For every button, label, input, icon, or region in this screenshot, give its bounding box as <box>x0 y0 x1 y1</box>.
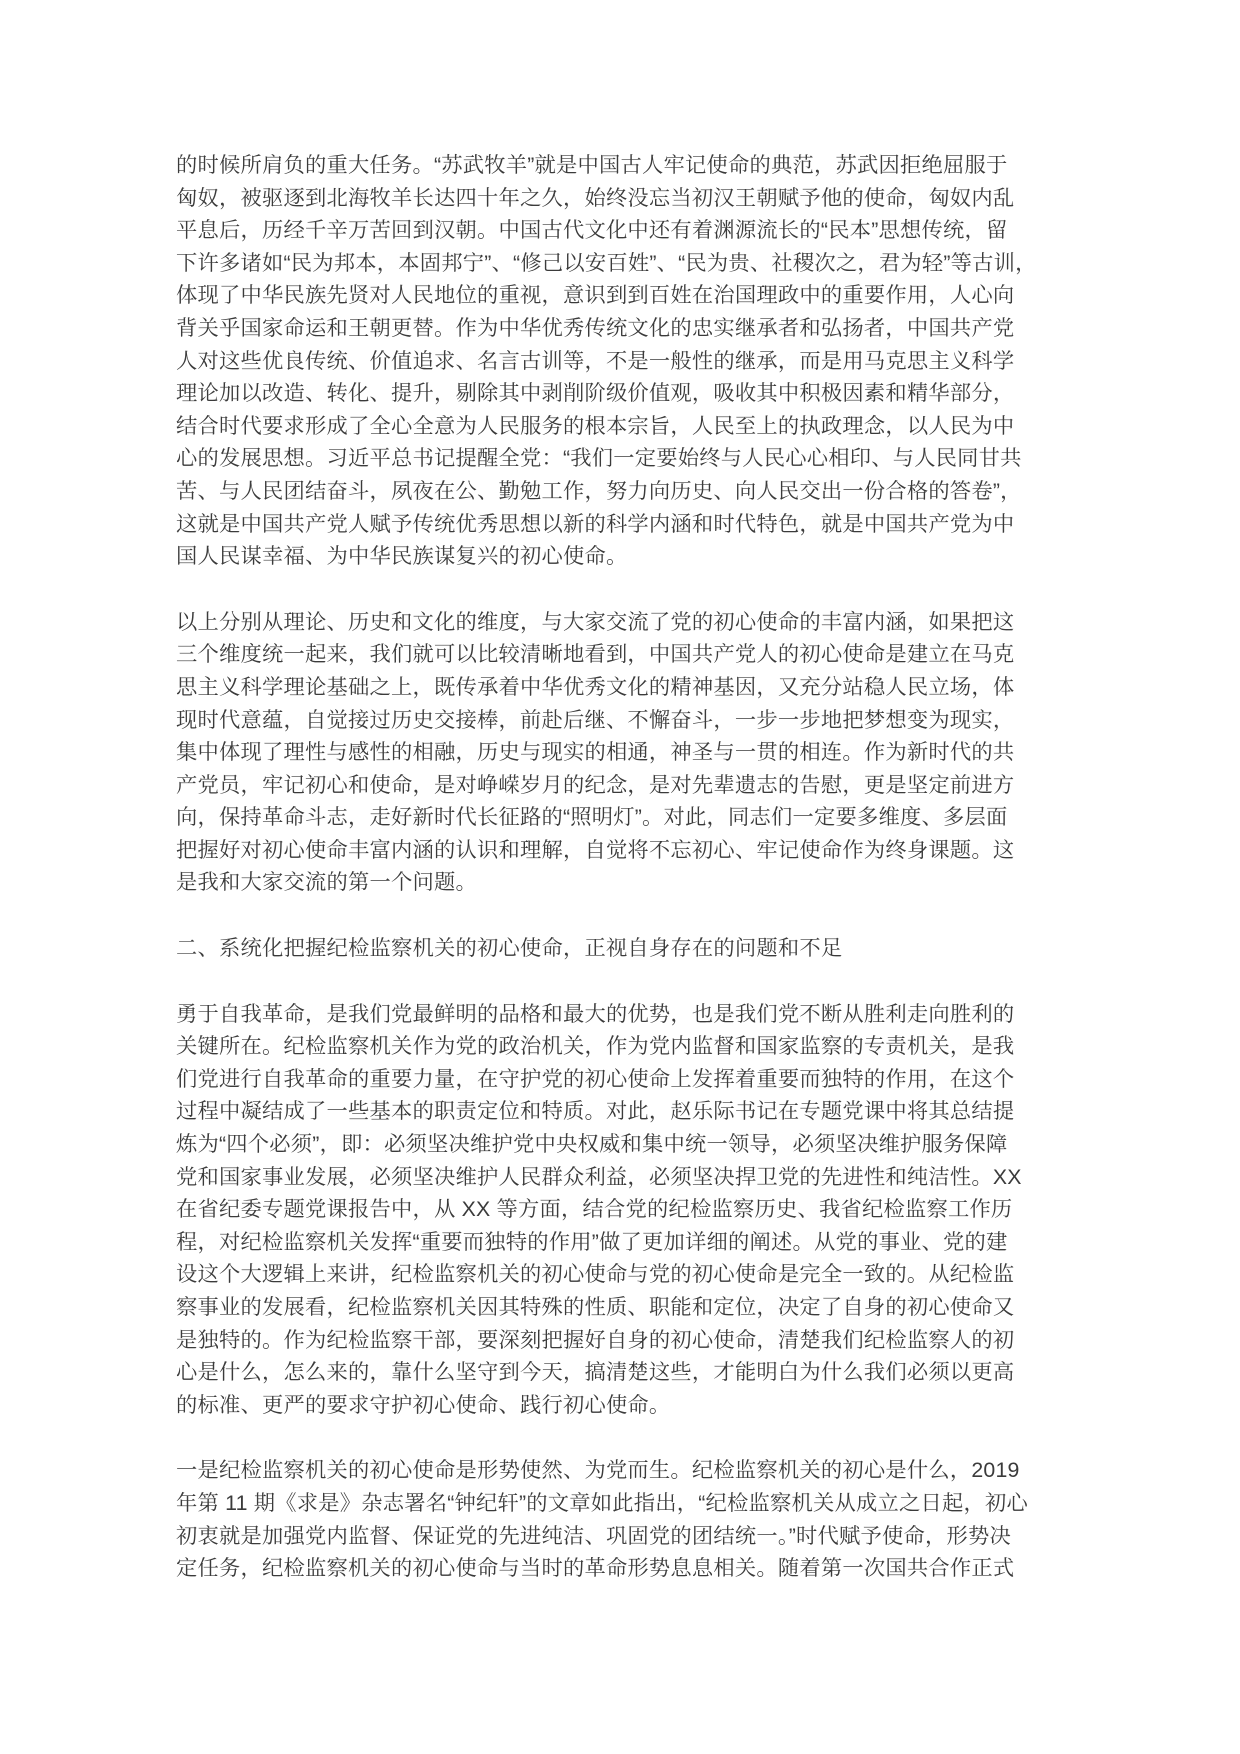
document-content: 的时候所肩负的重大任务。“苏武牧羊”就是中国古人牢记使命的典范，苏武因拒绝屈服于… <box>176 149 1076 1585</box>
text-line: 结合时代要求形成了全心全意为人民服务的根本宗旨，人民至上的执政理念，以人民为中 <box>176 410 1076 443</box>
document-page: 的时候所肩负的重大任务。“苏武牧羊”就是中国古人牢记使命的典范，苏武因拒绝屈服于… <box>0 0 1240 1754</box>
text-line: 心的发展思想。习近平总书记提醒全党：“我们一定要始终与人民心心相印、与人民同甘共 <box>176 442 1076 475</box>
text-line: 把握好对初心使命丰富内涵的认识和理解，自觉将不忘初心、牢记使命作为终身课题。这 <box>176 834 1076 867</box>
text-line: 察事业的发展看，纪检监察机关因其特殊的性质、职能和定位，决定了自身的初心使命又 <box>176 1291 1076 1324</box>
text-line: 年第 11 期《求是》杂志署名“钟纪轩”的文章如此指出，“纪检监察机关从成立之日… <box>176 1487 1076 1520</box>
text-line: 炼为“四个必须”，即：必须坚决维护党中央权威和集中统一领导，必须坚决维护服务保障 <box>176 1128 1076 1161</box>
text-line: 国人民谋幸福、为中华民族谋复兴的初心使命。 <box>176 540 1076 573</box>
text-line: 的时候所肩负的重大任务。“苏武牧羊”就是中国古人牢记使命的典范，苏武因拒绝屈服于 <box>176 149 1076 182</box>
text-line: 人对这些优良传统、价值追求、名言古训等，不是一般性的继承，而是用马克思主义科学 <box>176 345 1076 378</box>
text-line: 平息后，历经千辛万苦回到汉朝。中国古代文化中还有着渊源流长的“民本”思想传统，留 <box>176 214 1076 247</box>
text-line: 思主义科学理论基础之上，既传承着中华优秀文化的精神基因，又充分站稳人民立场，体 <box>176 671 1076 704</box>
body-paragraph: 勇于自我革命，是我们党最鲜明的品格和最大的优势，也是我们党不断从胜利走向胜利的关… <box>176 998 1076 1422</box>
text-line: 程，对纪检监察机关发挥“重要而独特的作用”做了更加详细的阐述。从党的事业、党的建 <box>176 1226 1076 1259</box>
text-line: 产党员，牢记初心和使命，是对峥嵘岁月的纪念，是对先辈遗志的告慰，更是坚定前进方 <box>176 769 1076 802</box>
text-line: 三个维度统一起来，我们就可以比较清晰地看到，中国共产党人的初心使命是建立在马克 <box>176 638 1076 671</box>
text-line: 在省纪委专题党课报告中，从 XX 等方面，结合党的纪检监察历史、我省纪检监察工作… <box>176 1193 1076 1226</box>
text-line: 勇于自我革命，是我们党最鲜明的品格和最大的优势，也是我们党不断从胜利走向胜利的 <box>176 998 1076 1031</box>
text-line: 二、系统化把握纪检监察机关的初心使命，正视自身存在的问题和不足 <box>176 932 1076 965</box>
text-line: 设这个大逻辑上来讲，纪检监察机关的初心使命与党的初心使命是完全一致的。从纪检监 <box>176 1258 1076 1291</box>
text-line: 初衷就是加强党内监督、保证党的先进纯洁、巩固党的团结统一。”时代赋予使命，形势决 <box>176 1520 1076 1553</box>
text-line: 们党进行自我革命的重要力量，在守护党的初心使命上发挥着重要而独特的作用，在这个 <box>176 1063 1076 1096</box>
text-line: 关键所在。纪检监察机关作为党的政治机关，作为党内监督和国家监察的专责机关，是我 <box>176 1030 1076 1063</box>
text-line: 下许多诸如“民为邦本，本固邦宁”、“修己以安百姓”、“民为贵、社稷次之，君为轻”… <box>176 247 1076 280</box>
text-line: 党和国家事业发展，必须坚决维护人民群众利益，必须坚决捍卫党的先进性和纯洁性。XX <box>176 1161 1076 1194</box>
text-line: 以上分别从理论、历史和文化的维度，与大家交流了党的初心使命的丰富内涵，如果把这 <box>176 606 1076 639</box>
text-line: 现时代意蕴，自觉接过历史交接棒，前赴后继、不懈奋斗，一步一步地把梦想变为现实， <box>176 704 1076 737</box>
text-line: 这就是中国共产党人赋予传统优秀思想以新的科学内涵和时代特色，就是中国共产党为中 <box>176 508 1076 541</box>
text-line: 向，保持革命斗志，走好新时代长征路的“照明灯”。对此，同志们一定要多维度、多层面 <box>176 801 1076 834</box>
text-line: 集中体现了理性与感性的相融，历史与现实的相通，神圣与一贯的相连。作为新时代的共 <box>176 736 1076 769</box>
text-line: 背关乎国家命运和王朝更替。作为中华优秀传统文化的忠实继承者和弘扬者，中国共产党 <box>176 312 1076 345</box>
text-line: 匈奴，被驱逐到北海牧羊长达四十年之久，始终没忘当初汉王朝赋予他的使命，匈奴内乱 <box>176 182 1076 215</box>
text-line: 定任务，纪检监察机关的初心使命与当时的革命形势息息相关。随着第一次国共合作正式 <box>176 1552 1076 1585</box>
section-heading: 二、系统化把握纪检监察机关的初心使命，正视自身存在的问题和不足 <box>176 932 1076 965</box>
text-line: 苦、与人民团结奋斗，夙夜在公、勤勉工作，努力向历史、向人民交出一份合格的答卷”， <box>176 475 1076 508</box>
body-paragraph: 以上分别从理论、历史和文化的维度，与大家交流了党的初心使命的丰富内涵，如果把这三… <box>176 606 1076 899</box>
text-line: 心是什么，怎么来的，靠什么坚守到今天，搞清楚这些，才能明白为什么我们必须以更高 <box>176 1356 1076 1389</box>
text-line: 是我和大家交流的第一个问题。 <box>176 866 1076 899</box>
text-line: 一是纪检监察机关的初心使命是形势使然、为党而生。纪检监察机关的初心是什么，201… <box>176 1454 1076 1487</box>
text-line: 理论加以改造、转化、提升，剔除其中剥削阶级价值观，吸收其中积极因素和精华部分， <box>176 377 1076 410</box>
text-line: 体现了中华民族先贤对人民地位的重视，意识到到百姓在治国理政中的重要作用，人心向 <box>176 279 1076 312</box>
text-line: 是独特的。作为纪检监察干部，要深刻把握好自身的初心使命，清楚我们纪检监察人的初 <box>176 1324 1076 1357</box>
text-line: 过程中凝结成了一些基本的职责定位和特质。对此，赵乐际书记在专题党课中将其总结提 <box>176 1095 1076 1128</box>
body-paragraph: 一是纪检监察机关的初心使命是形势使然、为党而生。纪检监察机关的初心是什么，201… <box>176 1454 1076 1584</box>
body-paragraph: 的时候所肩负的重大任务。“苏武牧羊”就是中国古人牢记使命的典范，苏武因拒绝屈服于… <box>176 149 1076 573</box>
text-line: 的标准、更严的要求守护初心使命、践行初心使命。 <box>176 1389 1076 1422</box>
